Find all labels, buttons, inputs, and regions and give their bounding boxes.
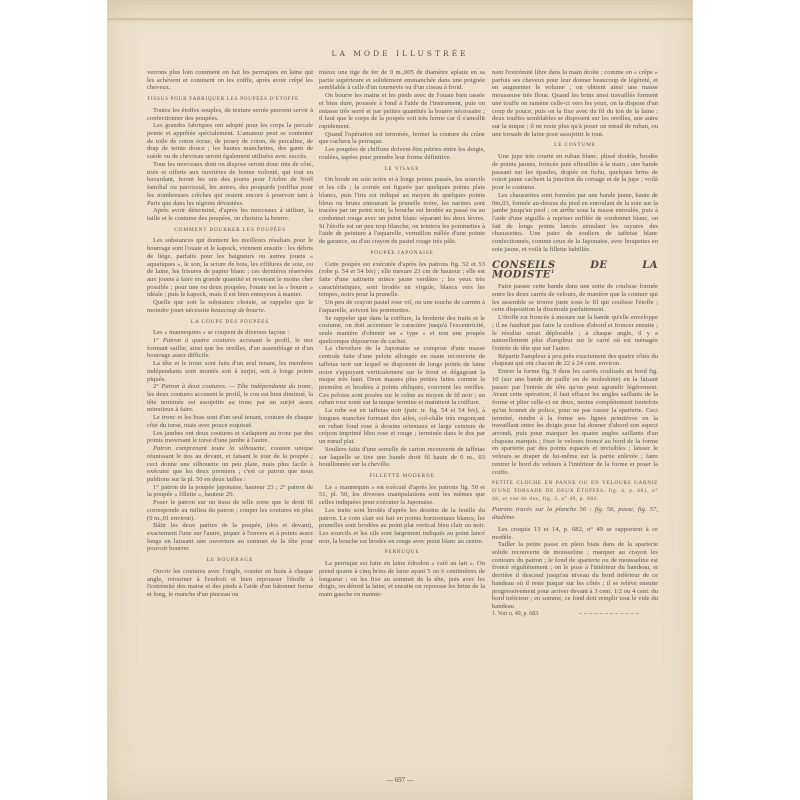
paragraph: Patrons tracés sur la planche 56 : fig. …	[492, 506, 658, 521]
section-heading-tissus: TISSUS POUR FABRIQUER LES POUPÉES D'ÉTOF…	[147, 96, 313, 104]
paragraph: Un peu de crayon pastel rose vif, ou une…	[319, 299, 485, 314]
paragraph: Les traits sont brodés d'après les dessi…	[319, 507, 485, 546]
emphasis: Patrons tracés sur la planche 56 : fig. …	[492, 506, 618, 513]
paragraph: Les « mannequins » se coupent de diverse…	[147, 329, 313, 337]
emphasis: Patron à deux coutures. — Tête indépenda…	[161, 383, 313, 390]
footnote-marker: 1	[551, 269, 555, 275]
section-heading-bourrage: LE BOURRAGE	[147, 557, 313, 565]
emphasis: Patron à quatre coutures	[163, 337, 236, 344]
paragraph: Souliers faits d'une semelle de carton r…	[319, 446, 485, 469]
magazine-page: LA MODE ILLUSTRÉE verrons plus loin comm…	[107, 0, 693, 800]
paragraph: Patron comprenant toute la silhouette, c…	[147, 445, 313, 484]
paragraph: La perruque est faite en laine édredon «…	[319, 560, 485, 599]
section-heading-cloche: PETITE CLOCHE EN PANNE OU EN VELOURS GAR…	[492, 480, 658, 503]
page-number: — 697 —	[107, 776, 693, 784]
section-heading-bourrer: COMMENT BOURRER LES POUPÉES	[147, 227, 313, 235]
section-heading-japonaise: POUPÉE JAPONAISE	[319, 250, 485, 258]
paragraph: Après avoir déterminé, d'après les morce…	[147, 207, 313, 222]
text-run: les deux coutures accusent le profil, le…	[147, 391, 313, 413]
paragraph: La robe est en taffetas noir (patr. tr. …	[319, 407, 485, 446]
section-heading-visage: LE VISAGE	[319, 166, 485, 174]
text-run: Le	[153, 414, 162, 421]
paragraph: Les jambes ont deux coutures et s'adapte…	[147, 430, 313, 445]
emphasis: , fig. 57,	[633, 506, 658, 513]
paragraph: Le tronc et les bras sont d'un seul tena…	[147, 414, 313, 429]
column-right: nant l'extrémité libre dans la main droi…	[492, 69, 658, 618]
title-text: CONSEILS DE LA MODISTE	[492, 260, 658, 281]
paragraph: 2° Patron à deux coutures. — Tête indépe…	[147, 383, 313, 414]
paragraph: 1° patron de la poupée japonaise, hauteu…	[147, 484, 313, 499]
column-left: verrons plus loin comment on fait les pe…	[147, 69, 313, 599]
emphasis: beaucoup de bourre.	[211, 307, 266, 314]
paragraph: Entrer la forme fig. 9 dans les carrés c…	[492, 368, 658, 476]
paragraph: Les substances qui donnent les meilleurs…	[147, 237, 313, 299]
paragraph: Les poupées de chiffons doivent être pét…	[319, 146, 485, 161]
paragraph: On brode en soie noire et à longs points…	[319, 176, 485, 245]
paragraph: La chevelure de la Japonaise se compose …	[319, 345, 485, 407]
paragraph: nant l'extrémité libre dans la main droi…	[492, 69, 658, 138]
paragraph: Les chaussettes sont formées par une ban…	[492, 192, 658, 254]
paragraph: Toutes les étoffes souples, de texture s…	[147, 107, 313, 122]
section-title-conseils: CONSEILS DE LA MODISTE1	[492, 262, 658, 280]
paragraph: Répartir l'ampleur à peu près exactement…	[492, 353, 658, 368]
emphasis: passe	[618, 506, 633, 513]
text-run: La robe est en taffetas noir (patr. tr. …	[325, 407, 468, 414]
paragraph: mieux une tige de fer de 0 m.,005 de dia…	[319, 69, 485, 92]
paragraph: Les grandes fabriques ont adopté pour le…	[147, 122, 313, 161]
paragraph: Le « mannequin » est exécuté d'après les…	[319, 484, 485, 507]
footnote: 1. Voir n. 49, p. 683.	[492, 611, 658, 619]
section-heading-coupe: LA COUPE DES POUPÉES	[147, 319, 313, 327]
dashed-rule	[579, 613, 639, 614]
footnote-text: 1. Voir n. 49, p. 683.	[492, 611, 539, 617]
paragraph: Tous les morceaux dont on dispose seront…	[147, 161, 313, 207]
paragraph: Cette poupée est exécutée d'après les pa…	[319, 261, 485, 300]
section-heading-perruque: PERRUQUE	[319, 549, 485, 557]
paragraph: Poser le patron sur un tissu de telle so…	[147, 499, 313, 522]
paragraph: Quelle que soit la substance choisie, se…	[147, 299, 313, 314]
section-heading-costume: LE COSTUME	[492, 142, 658, 150]
paragraph: La tête et le tronc sont faits d'un seul…	[147, 360, 313, 383]
text-run: .	[514, 514, 516, 521]
paragraph: Se rappeler que dans la coiffure, la bro…	[319, 315, 485, 346]
text-run: 1°	[153, 337, 163, 344]
paragraph: Tailler la petite passe en plein biais d…	[492, 541, 658, 610]
paragraph: Quand l'opération est terminée, fermer l…	[319, 131, 485, 146]
emphasis: diadème	[492, 514, 514, 521]
paragraph: Faire passer cette bande dans une sorte …	[492, 283, 658, 314]
emphasis: tronc	[162, 414, 176, 421]
paragraph: On bourre les mains et les pieds avec de…	[319, 92, 485, 131]
paragraph: Les croquis 13 et 14, p. 682, n° 49 se r…	[492, 526, 658, 541]
page-fold-line	[107, 18, 693, 20]
section-heading-fillette: FILLETTE MODERNE	[319, 473, 485, 481]
paragraph: L'étoffe est froncée à mesure sur la ban…	[492, 314, 658, 353]
paragraph: 1° Patron à quatre coutures accusant le …	[147, 337, 313, 360]
column-middle: mieux une tige de fer de 0 m.,005 de dia…	[319, 69, 485, 599]
emphasis: Patron comprenant toute la silhouette,	[153, 445, 266, 452]
paragraph: Une jupe très courte en ruban blanc, pli…	[492, 153, 658, 192]
running-head: LA MODE ILLUSTRÉE	[107, 49, 693, 58]
paragraph: verrons plus loin comment on fait les pe…	[147, 69, 313, 92]
paragraph: Bâtir les deux parties de la poupée, (do…	[147, 522, 313, 553]
paragraph: Ouvrir les coutures avec l'ongle, crante…	[147, 568, 313, 599]
